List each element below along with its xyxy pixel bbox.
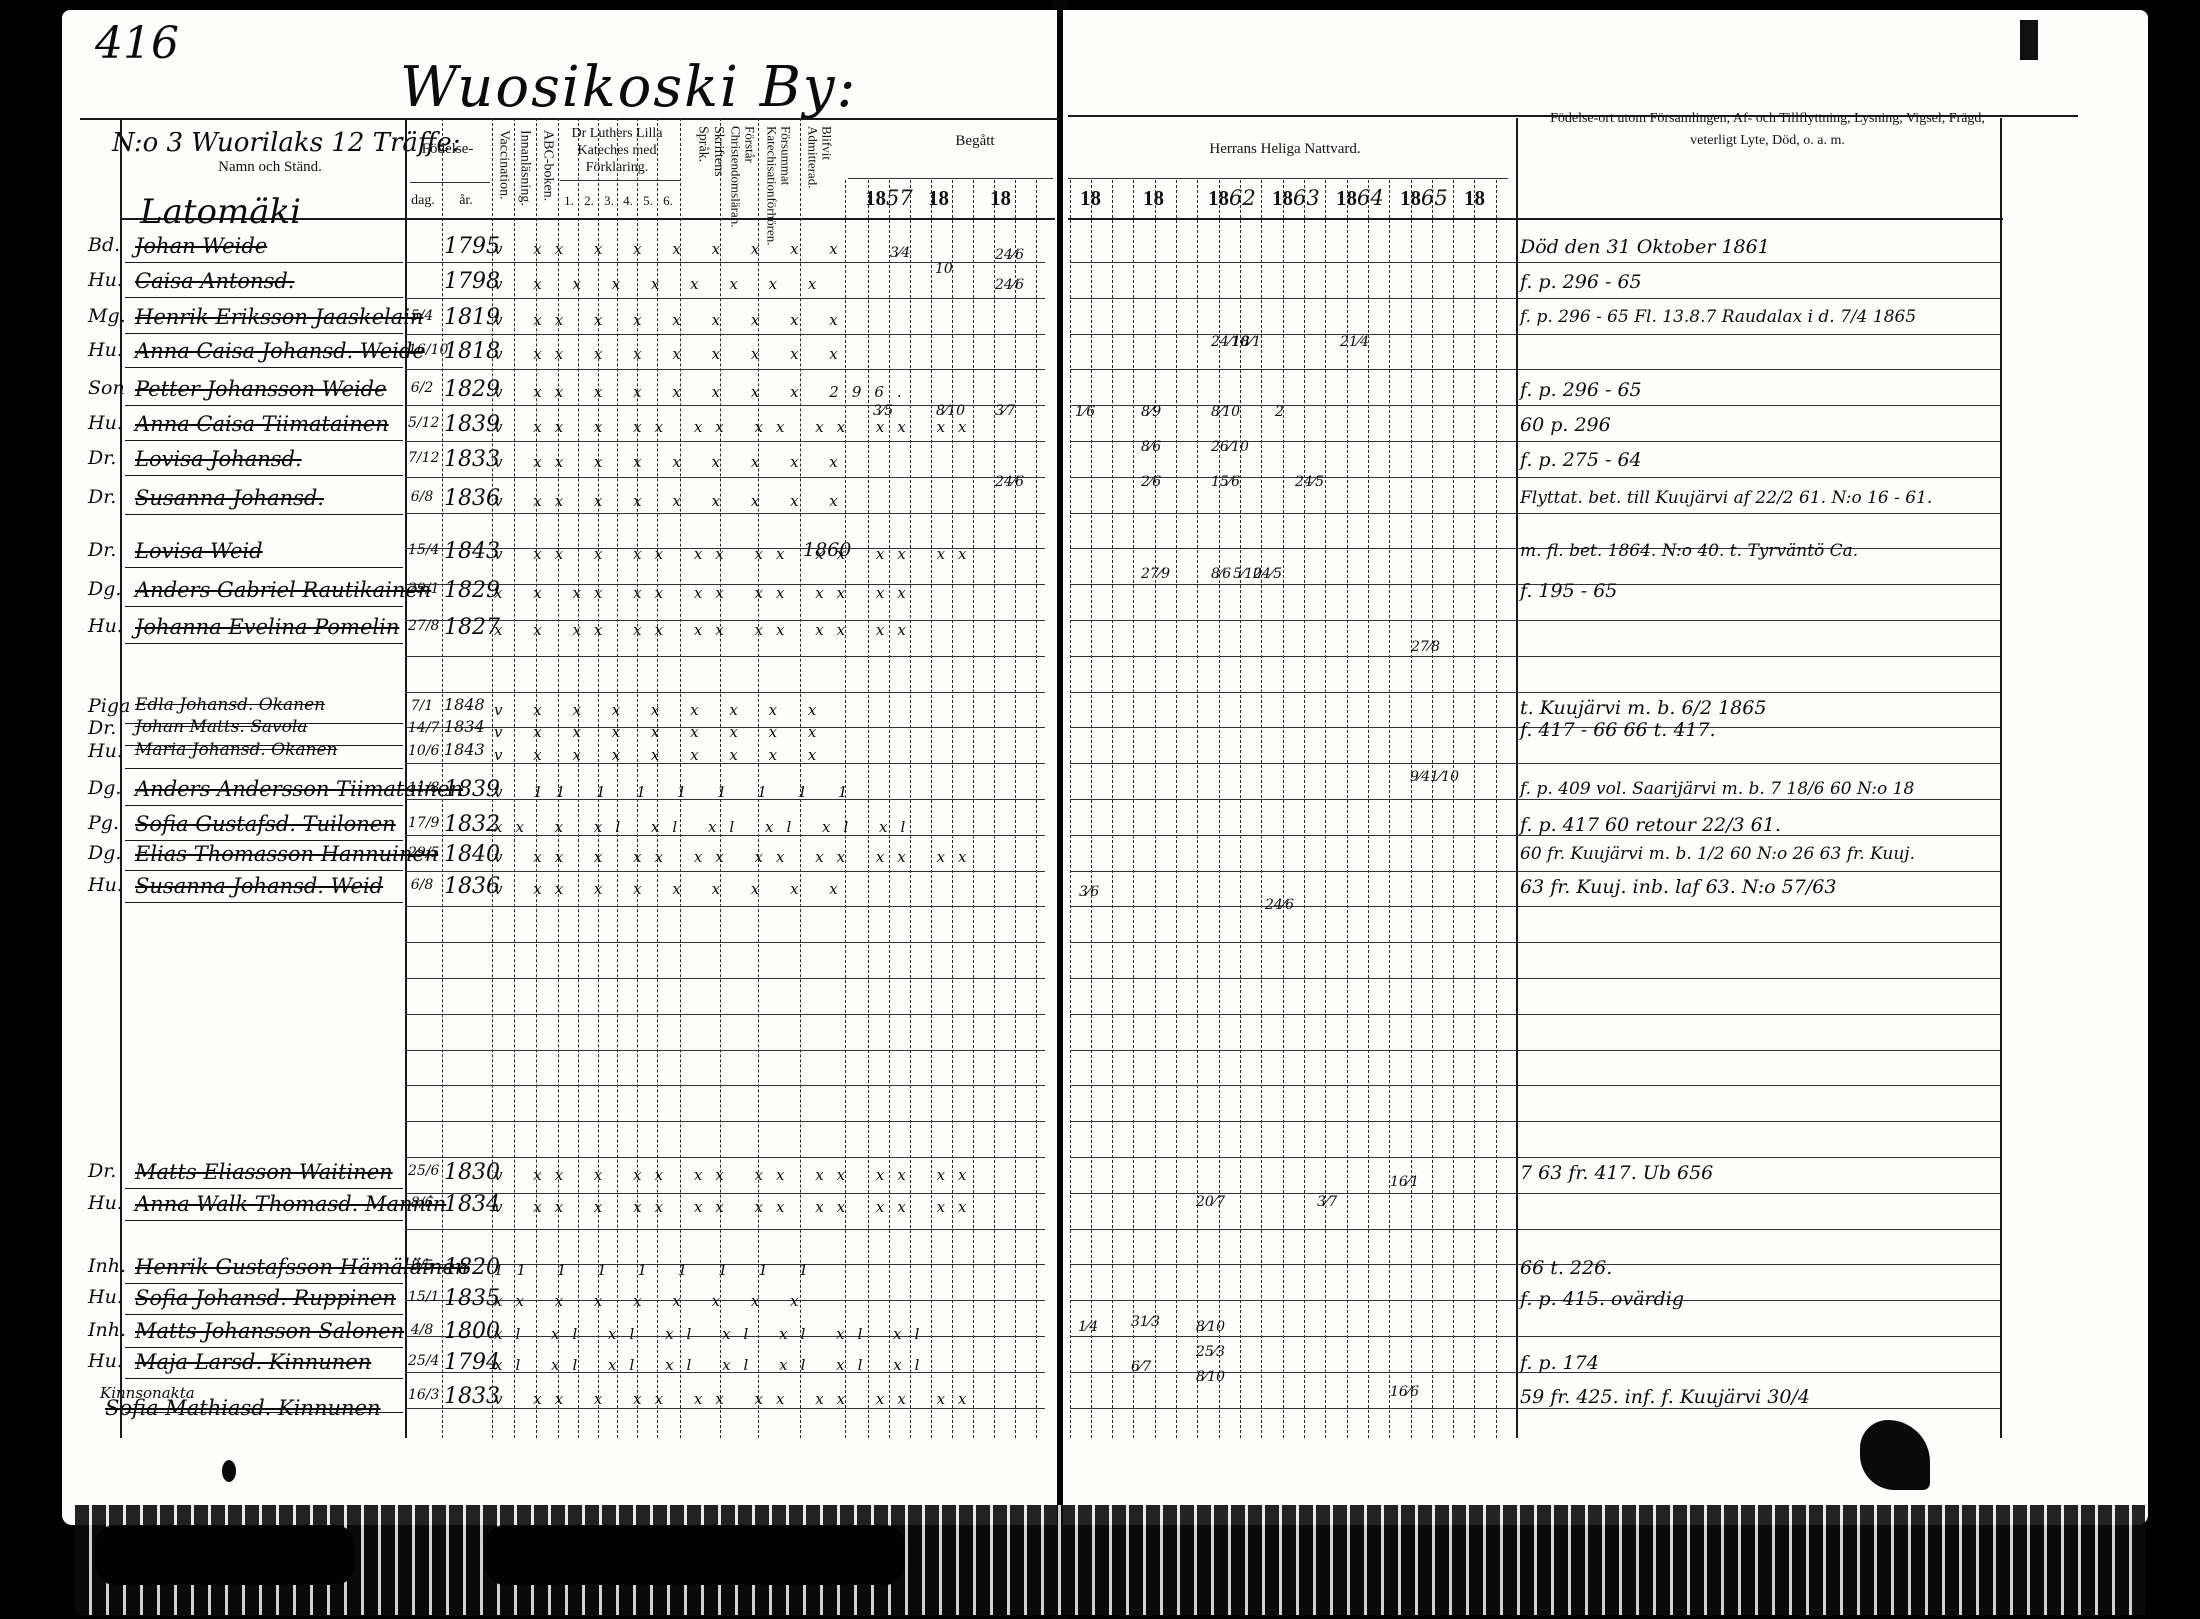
grid-row-line xyxy=(1070,477,2000,478)
grid-row-line xyxy=(1070,799,2000,800)
entry-title: Piga xyxy=(88,695,130,717)
entry-title: Hu. xyxy=(88,269,123,291)
birth-year: 1800 xyxy=(444,1319,500,1344)
birth-year: 1843 xyxy=(444,740,485,759)
entry-remark: 60 p. 296 xyxy=(1520,414,1611,436)
birth-year: 1839 xyxy=(444,777,500,802)
entry-remark: f. p. 415. ovärdig xyxy=(1520,1288,1684,1310)
entry-title: Hu. xyxy=(88,615,123,637)
birth-day: 17/9 xyxy=(408,816,436,830)
birth-year: 1818 xyxy=(444,339,500,364)
birth-year: 1819 xyxy=(444,305,500,330)
birth-year: 1829 xyxy=(444,578,500,603)
ink-blot xyxy=(222,1460,236,1482)
blifvit-admitterad-header: Blifvit Admitterad. xyxy=(805,126,834,196)
name-underline xyxy=(125,768,403,769)
grid-row-line xyxy=(405,334,1045,335)
forstar-christendom-header: Förstår Christendomsläran. xyxy=(728,126,757,216)
entry-title: Inh. xyxy=(88,1319,126,1341)
name-underline xyxy=(125,1378,403,1379)
reading-marks: xl xl xl xl xl xl xl xl xyxy=(494,1356,932,1374)
communion-date-mark: 3⁄7 xyxy=(995,404,1015,418)
damaged-page-edge xyxy=(75,1505,2145,1615)
communion-date-mark: 8⁄10 xyxy=(1211,405,1240,419)
entry-name: Elias Thomasson Hannuinen xyxy=(135,842,438,866)
name-underline xyxy=(125,405,403,406)
entry-name: Edla Johansd. Okanen xyxy=(135,695,325,715)
grid-row-line xyxy=(1070,1408,2000,1409)
grid-column-line xyxy=(1516,118,1518,1438)
communion-date-mark: 9⁄4 xyxy=(1410,770,1430,784)
communion-date-mark: 8⁄10 xyxy=(936,404,965,418)
grid-row-line xyxy=(1070,1085,2000,1086)
grid-row-line xyxy=(1070,620,2000,621)
year-col-1865: 1865 xyxy=(1400,186,1448,211)
entry-name: Maria Johansd. Okanen xyxy=(135,740,337,760)
communion-date-mark: 3⁄4 xyxy=(890,246,910,260)
birth-day: 29/5 xyxy=(408,846,436,860)
birth-year: 1798 xyxy=(444,269,500,294)
birth-year: 1834 xyxy=(444,1192,500,1217)
entry-remark: f. p. 417 60 retour 22/3 61. xyxy=(1520,814,1781,836)
birth-header: Födelse- xyxy=(410,140,485,158)
name-underline xyxy=(125,1347,403,1348)
grid-row-line xyxy=(1070,871,2000,872)
grid-row-line xyxy=(405,1157,1045,1158)
name-underline xyxy=(125,297,403,298)
reading-marks: v xx x xx xx xx xx xx xx xyxy=(494,545,980,563)
village-heading: Wuosikoski By: xyxy=(400,55,857,120)
entry-title: Pg. xyxy=(88,812,119,834)
entry-title: Dr. xyxy=(88,447,116,469)
household-heading: N:o 3 Wuorilaks 12 Träffe: xyxy=(112,128,461,158)
communion-date-mark: 3⁄6 xyxy=(1079,885,1099,899)
grid-row-line xyxy=(405,1014,1045,1015)
grid-row-line xyxy=(405,1121,1045,1122)
grid-row-line xyxy=(405,692,1045,693)
grid-row-line xyxy=(405,1085,1045,1086)
birth-year: 1827 xyxy=(444,615,500,640)
communion-date-mark: 24⁄5 xyxy=(1253,567,1282,581)
begatt-divider xyxy=(848,178,1053,179)
name-underline xyxy=(125,840,403,841)
communion-date-mark: 3⁄7 xyxy=(1317,1195,1337,1209)
reading-marks: v 11 1 1 1 1 1 1 1 xyxy=(494,783,861,801)
reading-marks: v xx x x x x x x x xyxy=(494,492,851,510)
birth-day: 16/3 xyxy=(408,1388,436,1402)
birth-day: 7/12 xyxy=(408,451,436,465)
communion-date-mark: 3⁄5 xyxy=(873,404,893,418)
reading-marks: v xx x xx xx xx xx xx xx xyxy=(494,418,980,436)
communion-date-mark: 1⁄4 xyxy=(1078,1320,1098,1334)
name-underline xyxy=(125,1220,403,1221)
birth-year: 1848 xyxy=(444,695,485,714)
catechism-col-2: 2. xyxy=(580,193,598,209)
grid-row-line xyxy=(1070,1336,2000,1337)
birth-day: 6/8 xyxy=(408,878,436,892)
entry-name: Anna Caisa Tiimatainen xyxy=(135,412,389,436)
entry-remark: 63 fr. Kuuj. inb. laf 63. N:o 57/63 xyxy=(1520,876,1836,898)
entry-title: Dg. xyxy=(88,777,121,799)
entry-title: Dg. xyxy=(88,842,121,864)
grid-row-line xyxy=(1070,763,2000,764)
entry-name: Petter Johansson Weide xyxy=(135,377,387,401)
communion-date-mark: 24⁄6 xyxy=(1265,898,1294,912)
forsummat-kateches-header: Försummat Katechisationförhören. xyxy=(764,126,793,216)
header-bottom-rule-right xyxy=(1068,218,2003,220)
communion-date-mark: 2⁄6 xyxy=(1141,475,1161,489)
grid-row-line xyxy=(1070,405,2000,406)
entry-name: Maja Larsd. Kinnunen xyxy=(135,1350,371,1374)
entry-title: Son xyxy=(88,377,125,399)
grid-row-line xyxy=(1070,369,2000,370)
grid-row-line xyxy=(1070,1014,2000,1015)
entry-remark: f. p. 275 - 64 xyxy=(1520,449,1642,471)
reading-marks: v xx x x x x x x x xyxy=(494,880,851,898)
entry-name: Sofia Gustafsd. Tuilonen xyxy=(135,812,396,836)
birth-day: 6/8 xyxy=(408,490,436,504)
birth-year: 1834 xyxy=(444,717,485,736)
grid-row-line xyxy=(1070,513,2000,514)
entry-name: Johanna Evelina Pomelin xyxy=(135,615,399,639)
grid-row-line xyxy=(405,1193,1045,1194)
grid-row-line xyxy=(1070,656,2000,657)
name-underline xyxy=(125,1314,403,1315)
birth-day: 10/6 xyxy=(408,744,436,758)
entry-title: Hu. xyxy=(88,874,123,896)
entry-remark: f. p. 174 xyxy=(1520,1352,1599,1374)
communion-date-mark: 15⁄6 xyxy=(1211,475,1240,489)
communion-date-mark: 8⁄9 xyxy=(1141,405,1161,419)
birth-year-header: år. xyxy=(446,193,486,210)
entry-remark: f. 195 - 65 xyxy=(1520,580,1617,602)
entry-remark: 59 fr. 425. inf. f. Kuujärvi 30/4 xyxy=(1520,1386,1810,1408)
catechism-col-3: 3. xyxy=(600,193,618,209)
entry-title: Dg. xyxy=(88,578,121,600)
reading-marks: 11 1 1 1 1 1 1 1 xyxy=(494,1261,821,1279)
birth-day: 6/2 xyxy=(408,381,436,395)
entry-remark: Död den 31 Oktober 1861 xyxy=(1520,236,1770,258)
innanlasning-header: Innanläsning. xyxy=(517,130,532,215)
communion-date-mark: 18⁄1 xyxy=(1232,335,1261,349)
entry-name: Lovisa Johansd. xyxy=(135,447,302,471)
reading-marks: v xx x x x x x x 296. xyxy=(494,383,915,401)
entry-remark: f. p. 409 vol. Saarijärvi m. b. 7 18/6 6… xyxy=(1520,779,1914,799)
grid-row-line xyxy=(405,441,1045,442)
year-col-right-2: 18 xyxy=(1143,186,1164,211)
grid-row-line xyxy=(1070,692,2000,693)
entry-remark: 60 fr. Kuujärvi m. b. 1/2 60 N:o 26 63 f… xyxy=(1520,844,1915,864)
communion-date-mark: 26⁄10 xyxy=(1211,440,1249,454)
entry-name: Susanna Johansd. Weid xyxy=(135,874,383,898)
entry-remark: f. p. 296 - 65 xyxy=(1520,271,1642,293)
year-col-1864: 1864 xyxy=(1336,186,1384,211)
name-underline xyxy=(125,567,403,568)
communion-divider xyxy=(1068,178,1508,179)
communion-date-mark: 27⁄8 xyxy=(1411,640,1440,654)
name-underline xyxy=(125,440,403,441)
entry-name: Sofia Johansd. Ruppinen xyxy=(135,1286,396,1310)
name-underline xyxy=(125,333,403,334)
grid-row-line xyxy=(405,1050,1045,1051)
birth-year: 1843 xyxy=(444,539,500,564)
birth-year: 1836 xyxy=(444,874,500,899)
communion-date-mark: 24⁄6 xyxy=(995,475,1024,489)
name-underline xyxy=(125,902,403,903)
name-underline xyxy=(125,1412,403,1413)
reading-marks: v x x x x x x x x xyxy=(494,275,829,293)
communion-date-mark: 25⁄3 xyxy=(1196,1345,1225,1359)
entry-name: Anders Gabriel Rautikainen xyxy=(135,578,431,602)
name-column-header: Namn och Ständ. xyxy=(160,158,380,176)
entry-remark: f. p. 296 - 65 xyxy=(1520,379,1642,401)
birth-year: 1833 xyxy=(444,447,500,472)
grid-row-line xyxy=(1070,906,2000,907)
entry-remark: f. p. 296 - 65 Fl. 13.8.7 Raudalax i d. … xyxy=(1520,307,1916,327)
reading-marks: x x xx xx xx xx xx xx xyxy=(494,621,919,639)
birth-year: 1794 xyxy=(444,1350,500,1375)
communion-date-mark: 8⁄6 xyxy=(1211,567,1231,581)
name-underline xyxy=(125,1283,403,1284)
birth-year: 1836 xyxy=(444,486,500,511)
communion-date-mark: 8⁄10 xyxy=(1196,1320,1225,1334)
abc-boken-header: ABC-boken. xyxy=(540,130,555,205)
birth-divider xyxy=(410,182,490,183)
catechism-col-4: 4. xyxy=(619,193,637,209)
page-corner-mark xyxy=(2020,20,2038,60)
entry-name: Matts Eliasson Waitinen xyxy=(135,1160,393,1184)
reading-marks: v xx x xx xx xx xx xx xx xyxy=(494,1390,980,1408)
entry-remark: Flyttat. bet. till Kuujärvi af 22/2 61. … xyxy=(1520,488,1932,508)
year-col-1863: 1863 xyxy=(1272,186,1320,211)
entry-title: Hu. xyxy=(88,339,123,361)
grid-row-line xyxy=(405,477,1045,478)
reading-marks: xx x x x x x x x xyxy=(494,1292,812,1310)
grid-row-line xyxy=(405,1408,1045,1409)
birth-day: 25/4 xyxy=(408,1354,436,1368)
grid-row-line xyxy=(1070,1157,2000,1158)
name-underline xyxy=(125,514,403,515)
grid-row-line xyxy=(405,978,1045,979)
entry-title: Hu. xyxy=(88,740,123,762)
grid-row-line xyxy=(405,369,1045,370)
grid-row-line xyxy=(405,906,1045,907)
birth-day: 29/1 xyxy=(408,582,436,596)
entry-title: Dr. xyxy=(88,1160,116,1182)
entry-title: Dr. xyxy=(88,486,116,508)
birth-year: 1829 xyxy=(444,377,500,402)
skriftens-sprak-header: Skriftens Språk. xyxy=(695,126,726,216)
catechism-col-5: 5. xyxy=(639,193,657,209)
entry-name: Henrik Eriksson Jaaskelain xyxy=(135,305,424,329)
birth-day: 5/12 xyxy=(408,416,436,430)
name-underline xyxy=(125,262,403,263)
birth-day: 14/7 xyxy=(408,721,436,735)
birth-year: 1795 xyxy=(444,234,500,259)
entry-name: Matts Johansson Salonen xyxy=(135,1319,404,1343)
entry-title: Hu. xyxy=(88,412,123,434)
farm-name: Latomäki xyxy=(140,192,301,232)
birth-year: 1832 xyxy=(444,812,500,837)
entry-title: Hu. xyxy=(88,1350,123,1372)
reading-marks: v xx x x x x x x x xyxy=(494,240,851,258)
name-underline xyxy=(125,475,403,476)
entry-name: Caisa Antonsd. xyxy=(135,269,294,293)
birth-day: 11/8 xyxy=(408,781,436,795)
birth-day: 8/6 xyxy=(408,1196,436,1210)
entry-title: Dr. xyxy=(88,539,116,561)
communion-date-mark: 20⁄7 xyxy=(1196,1195,1225,1209)
entry-name: Lovisa Weid xyxy=(135,539,263,563)
communion-header: Herrans Heliga Nattvard. xyxy=(1150,140,1420,158)
name-underline xyxy=(125,606,403,607)
communion-date-mark: 6⁄7 xyxy=(1131,1360,1151,1374)
reading-marks: v xx x x x x x x x xyxy=(494,453,851,471)
birth-year: 1820 xyxy=(444,1255,500,1280)
entry-name: Johan Matts. Savola xyxy=(135,717,307,737)
grid-row-line xyxy=(405,871,1045,872)
birth-day: 25/6 xyxy=(408,1164,436,1178)
reading-marks: v x x x x x x x x xyxy=(494,723,829,741)
birth-year: 1840 xyxy=(444,842,500,867)
entry-title: Dr. xyxy=(88,717,116,739)
catechism-col-1: 1. xyxy=(560,193,578,209)
grid-row-line xyxy=(405,298,1045,299)
communion-date-mark: 24⁄5 xyxy=(1295,475,1324,489)
reading-marks: v xx x xx xx xx xx xx xx xyxy=(494,1198,980,1216)
year-col-1862: 1862 xyxy=(1208,186,1256,211)
birth-year: 1835 xyxy=(444,1286,500,1311)
birth-day: 7/1 xyxy=(408,699,436,713)
entry-title: Hu. xyxy=(88,1192,123,1214)
birth-day: 15/1 xyxy=(408,1290,436,1304)
birth-day-header: dag. xyxy=(406,193,440,210)
reading-marks: v x x x x x x x x xyxy=(494,746,829,764)
communion-date-mark: 27⁄9 xyxy=(1141,567,1170,581)
communion-date-mark: 24⁄6 xyxy=(995,248,1024,262)
grid-row-line xyxy=(1070,441,2000,442)
birth-year: 1833 xyxy=(444,1384,500,1409)
entry-title: Mg. xyxy=(88,305,126,327)
entry-remark: m. fl. bet. 1864. N:o 40. t. Tyrväntö Ca… xyxy=(1520,541,1858,561)
communion-date-mark: 16⁄1 xyxy=(1390,1175,1419,1189)
reading-marks: xl xl xl xl xl xl xl xl xyxy=(494,1325,932,1343)
remarks-header: Födelse-ort utom Församlingen, Af- och T… xyxy=(1540,108,1995,153)
entry-remark: t. Kuujärvi m. b. 6/2 1865 xyxy=(1520,697,1766,719)
communion-date-mark: 2 xyxy=(1275,405,1284,419)
reading-marks: v xx x xx xx xx xx xx xx xyxy=(494,848,980,866)
birth-day: 16/10 xyxy=(408,343,436,357)
grid-row-line xyxy=(1070,942,2000,943)
communion-date-mark: 16⁄6 xyxy=(1390,1385,1419,1399)
entry-remark: 66 t. 226. xyxy=(1520,1257,1612,1279)
birth-year: 1839 xyxy=(444,412,500,437)
reading-marks: v x x x x x x x x xyxy=(494,701,829,719)
birth-day: 27/8 xyxy=(408,619,436,633)
grid-row-line xyxy=(1070,1121,2000,1122)
grid-row-line xyxy=(1070,334,2000,335)
reading-marks: v xx x xx xx xx xx xx xx xyxy=(494,1166,980,1184)
name-underline xyxy=(125,643,403,644)
grid-row-line xyxy=(405,1229,1045,1230)
reading-marks: v xx x x x x x x x xyxy=(494,311,851,329)
entry-title: Hu. xyxy=(88,1286,123,1308)
reading-marks: x x xx xx xx xx xx xx xyxy=(494,584,919,602)
grid-row-line xyxy=(1070,1050,2000,1051)
communion-date-mark: 21⁄4 xyxy=(1340,335,1369,349)
birth-day: 15/4 xyxy=(408,543,436,557)
entry-title: Bd. xyxy=(88,234,120,256)
page-number: 416 xyxy=(95,18,179,69)
grid-column-line xyxy=(2000,118,2002,1438)
entry-remark: f. 417 - 66 66 t. 417. xyxy=(1520,719,1716,741)
reading-marks: xx x xl xl xl xl xl xl xyxy=(494,818,918,836)
entry-name: Anna Walk Thomasd. Mannin xyxy=(135,1192,446,1216)
communion-date-mark: 1⁄6 xyxy=(1075,405,1095,419)
entry-name: Susanna Johansd. xyxy=(135,486,324,510)
entry-name: Anna Caisa Johansd. Weide xyxy=(135,339,425,363)
name-underline xyxy=(125,1188,403,1189)
communion-date-mark: 31⁄3 xyxy=(1131,1315,1160,1329)
communion-date-mark: 1⁄10 xyxy=(1430,770,1459,784)
catechism-col-6: 6. xyxy=(659,193,677,209)
communion-date-mark: 8⁄10 xyxy=(1196,1370,1225,1384)
birth-day: 8/5 xyxy=(408,1259,436,1273)
birth-day: 4/8 xyxy=(408,1323,436,1337)
name-underline xyxy=(125,367,403,368)
communion-date-mark: 8⁄6 xyxy=(1141,440,1161,454)
birth-day: 5/4 xyxy=(408,309,436,323)
name-underline xyxy=(125,805,403,806)
name-underline xyxy=(125,870,403,871)
entry-remark: 7 63 fr. 417. Ub 656 xyxy=(1520,1162,1713,1184)
communion-date-mark: 24⁄6 xyxy=(995,278,1024,292)
grid-row-line xyxy=(1070,978,2000,979)
grid-row-line xyxy=(1070,298,2000,299)
communion-date-mark: 10 xyxy=(935,262,953,276)
admitted-year: 1860 xyxy=(803,539,851,561)
entry-title: Inh. xyxy=(88,1255,126,1277)
entry-name: Johan Weide xyxy=(135,234,267,258)
begatt-header: Begått xyxy=(900,132,1050,150)
birth-year: 1830 xyxy=(444,1160,500,1185)
grid-row-line xyxy=(1070,1229,2000,1230)
grid-row-line xyxy=(405,656,1045,657)
reading-marks: v xx x x x x x x x xyxy=(494,345,851,363)
vaccination-header: Vaccination. xyxy=(496,130,511,215)
header-top-rule xyxy=(80,118,1060,120)
entry-name: Sofia Mathiasd. Kinnunen xyxy=(105,1396,380,1420)
grid-row-line xyxy=(405,942,1045,943)
grid-row-line xyxy=(405,513,1045,514)
grid-row-line xyxy=(1070,262,2000,263)
